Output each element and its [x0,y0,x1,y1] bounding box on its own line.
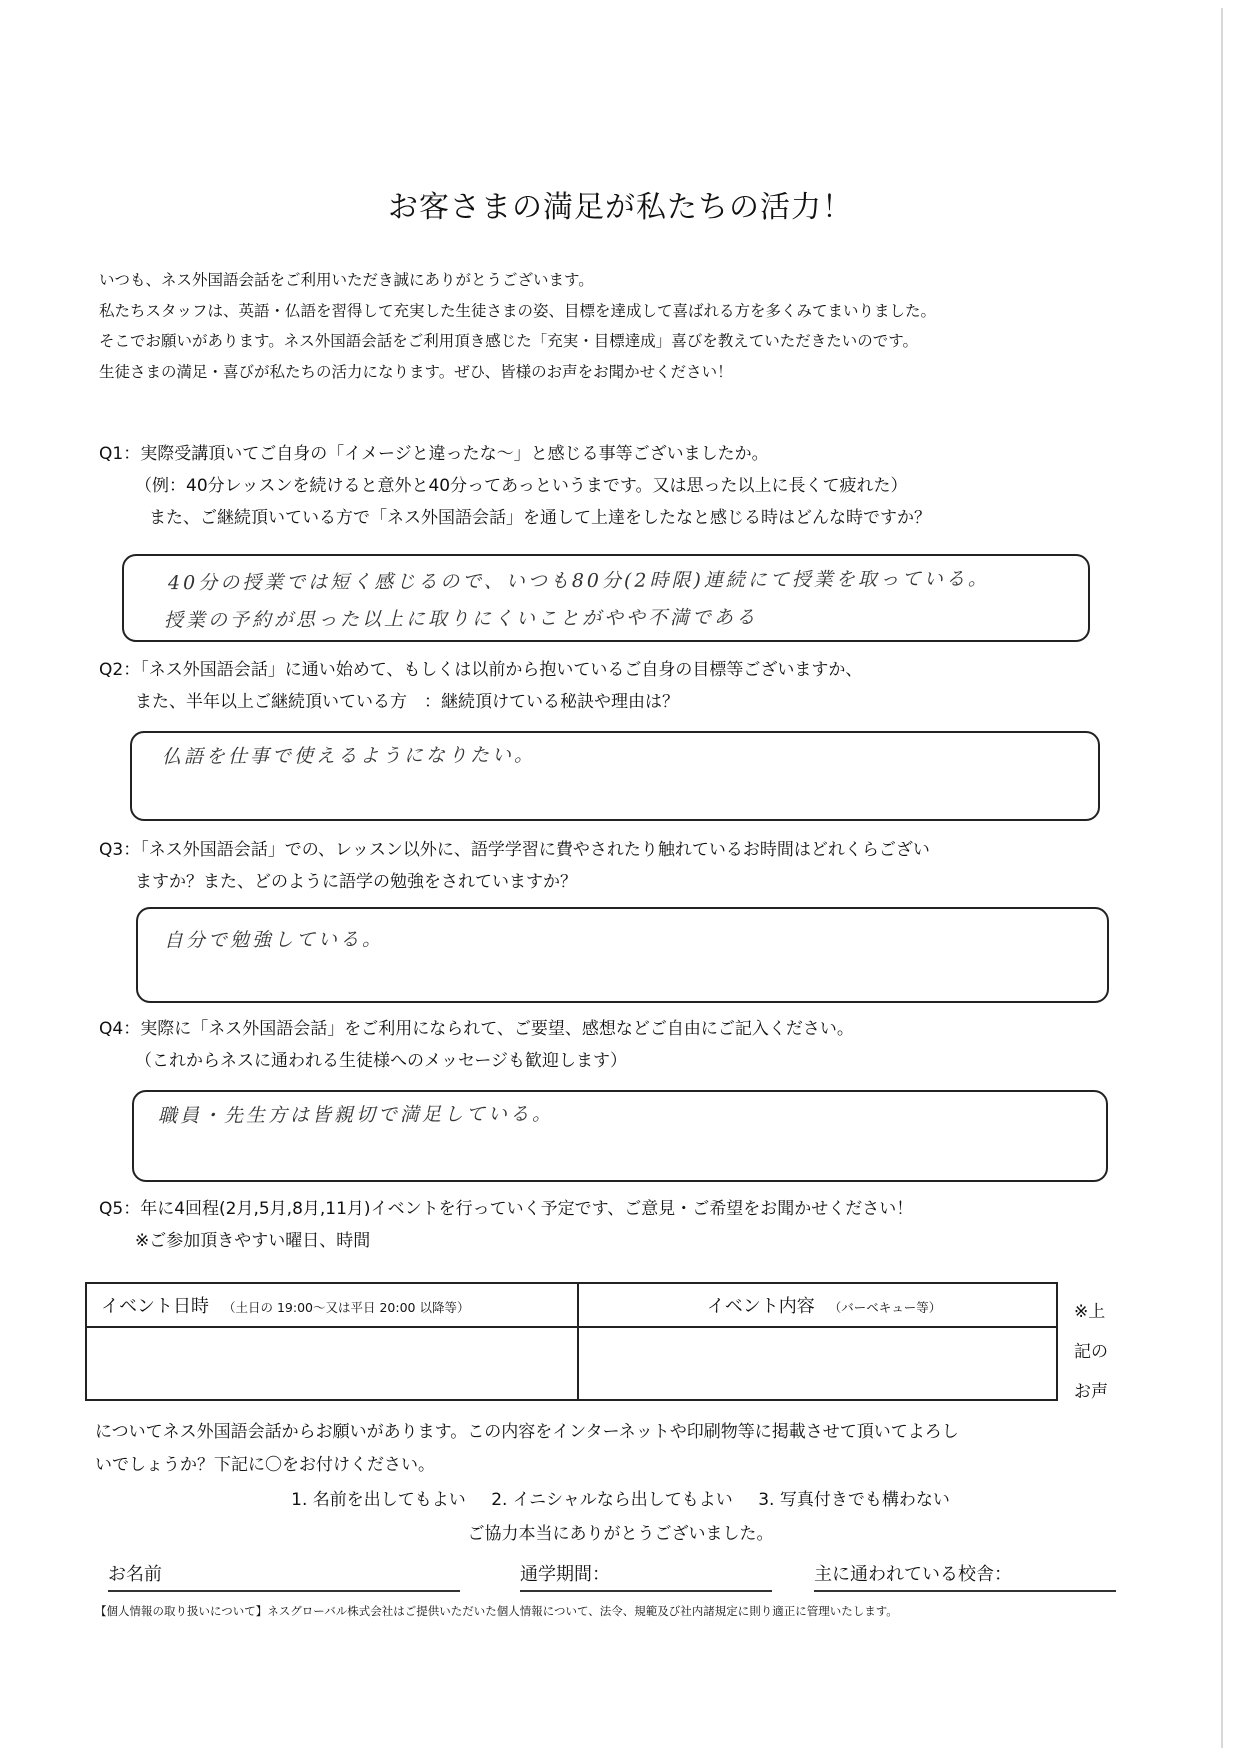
question-4-followup: （これからネスに通われる生徒様へのメッセージも歓迎します） [99,1045,854,1077]
answer-box-q2[interactable]: 仏語を仕事で使えるようになりたい。 [130,731,1100,821]
event-content-header: イベント内容（バーベキュー等） [578,1283,1057,1327]
question-3-text: Q3：「ネス外国語会話」での、レッスン以外に、語学学習に費やされたり触れているお… [99,834,930,866]
question-5: Q5：年に4回程(2月,5月,8月,11月)イベントを行っていく予定です、ご意見… [99,1193,913,1257]
thanks-message: ご協力本当にありがとうございました。 [0,1519,1241,1544]
answer-q3-line1: 自分で勉強している。 [164,924,384,952]
question-3-followup: ますか？また、どのように語学の勉強をされていますか？ [99,866,930,898]
question-2-text: Q2：「ネス外国語会話」に通い始めて、もしくは以前から抱いているご自身の目標等ご… [99,654,862,686]
intro-line: 生徒さまの満足・喜びが私たちの活力になります。ぜひ、皆様のお声をお聞かせください… [99,357,936,388]
question-1-text: Q1：実際受講頂いてご自身の「イメージと違ったな～」と感じる事等ございましたか。 [99,438,931,470]
question-5-note: ※ご参加頂きやすい曜日、時間 [99,1225,913,1257]
name-label: お名前 [108,1564,162,1585]
question-5-text: Q5：年に4回程(2月,5月,8月,11月)イベントを行っていく予定です、ご意見… [99,1193,913,1225]
study-period-label: 通学期間： [520,1564,610,1585]
event-datetime-note: （土日の 19:00～又は平日 20:00 以降等） [223,1300,469,1315]
consent-option-name[interactable]: 1. 名前を出してもよい [291,1490,466,1510]
event-datetime-label: イベント日時 [101,1296,209,1317]
answer-box-q4[interactable]: 職員・先生方は皆親切で満足している。 [132,1090,1108,1182]
consent-option-photo[interactable]: 3. 写真付きでも構わない [758,1490,950,1510]
event-datetime-input[interactable] [86,1327,578,1400]
question-1: Q1：実際受講頂いてご自身の「イメージと違ったな～」と感じる事等ございましたか。… [99,438,931,534]
answer-q2-line1: 仏語を仕事で使えるようになりたい。 [162,740,536,769]
event-content-label: イベント内容 [707,1296,815,1317]
school-field[interactable]: 主に通われている校舎： [814,1560,1116,1592]
consent-line: いでしょうか？下記に〇をお付けください。 [95,1449,959,1482]
study-period-field[interactable]: 通学期間： [520,1560,772,1592]
privacy-note: 【個人情報の取り扱いについて】ネスグローバル株式会社はご提供いただいた個人情報に… [95,1603,898,1619]
answer-q1-line1: 40分の授業では短く感じるので、いつも80分(2時限)連続にて授業を取っている。 [168,564,990,595]
answer-box-q3[interactable]: 自分で勉強している。 [136,907,1109,1003]
consent-options: 1. 名前を出してもよい 2. イニシャルなら出してもよい 3. 写真付きでも構… [0,1485,1241,1510]
event-content-input[interactable] [578,1327,1057,1400]
question-2: Q2：「ネス外国語会話」に通い始めて、もしくは以前から抱いているご自身の目標等ご… [99,654,862,718]
side-note: ※上記のお声 [1074,1292,1114,1412]
answer-box-q1[interactable]: 40分の授業では短く感じるので、いつも80分(2時限)連続にて授業を取っている。… [122,554,1090,642]
question-2-followup: また、半年以上ご継続頂いている方 ：継続頂けている秘訣や理由は？ [99,686,862,718]
event-content-note: （バーベキュー等） [829,1300,942,1315]
question-3: Q3：「ネス外国語会話」での、レッスン以外に、語学学習に費やされたり触れているお… [99,834,930,898]
intro-paragraph: いつも、ネス外国語会話をご利用いただき誠にありがとうございます。 私たちスタッフ… [99,265,936,387]
consent-paragraph: についてネス外国語会話からお願いがあります。この内容をインターネットや印刷物等に… [95,1416,959,1482]
event-datetime-header: イベント日時（土日の 19:00～又は平日 20:00 以降等） [86,1283,578,1327]
intro-line: 私たちスタッフは、英語・仏語を習得して充実した生徒さまの姿、目標を達成して喜ばれ… [99,296,936,327]
intro-line: そこでお願いがあります。ネス外国語会話をご利用頂き感じた「充実・目標達成」喜びを… [99,326,936,357]
name-field[interactable]: お名前 [108,1560,460,1592]
question-1-followup: また、ご継続頂いている方で「ネス外国語会話」を通して上達をしたなと感じる時はどん… [99,502,931,534]
question-4-text: Q4：実際に「ネス外国語会話」をご利用になられて、ご要望、感想などご自由にご記入… [99,1013,854,1045]
answer-q4-line1: 職員・先生方は皆親切で満足している。 [158,1099,554,1128]
intro-line: いつも、ネス外国語会話をご利用いただき誠にありがとうございます。 [99,265,936,296]
event-table: イベント日時（土日の 19:00～又は平日 20:00 以降等） イベント内容（… [85,1282,1058,1401]
answer-q1-line2: 授業の予約が思った以上に取りにくいことがやや不満である [164,602,758,632]
question-4: Q4：実際に「ネス外国語会話」をご利用になられて、ご要望、感想などご自由にご記入… [99,1013,854,1077]
school-label: 主に通われている校舎： [814,1564,1012,1585]
consent-line: についてネス外国語会話からお願いがあります。この内容をインターネットや印刷物等に… [95,1416,959,1449]
page-title: お客さまの満足が私たちの活力！ [0,182,1241,226]
consent-option-initials[interactable]: 2. イニシャルなら出してもよい [491,1490,733,1510]
question-1-example: （例：40分レッスンを続けると意外と40分ってあっというまです。又は思った以上に… [99,470,931,502]
